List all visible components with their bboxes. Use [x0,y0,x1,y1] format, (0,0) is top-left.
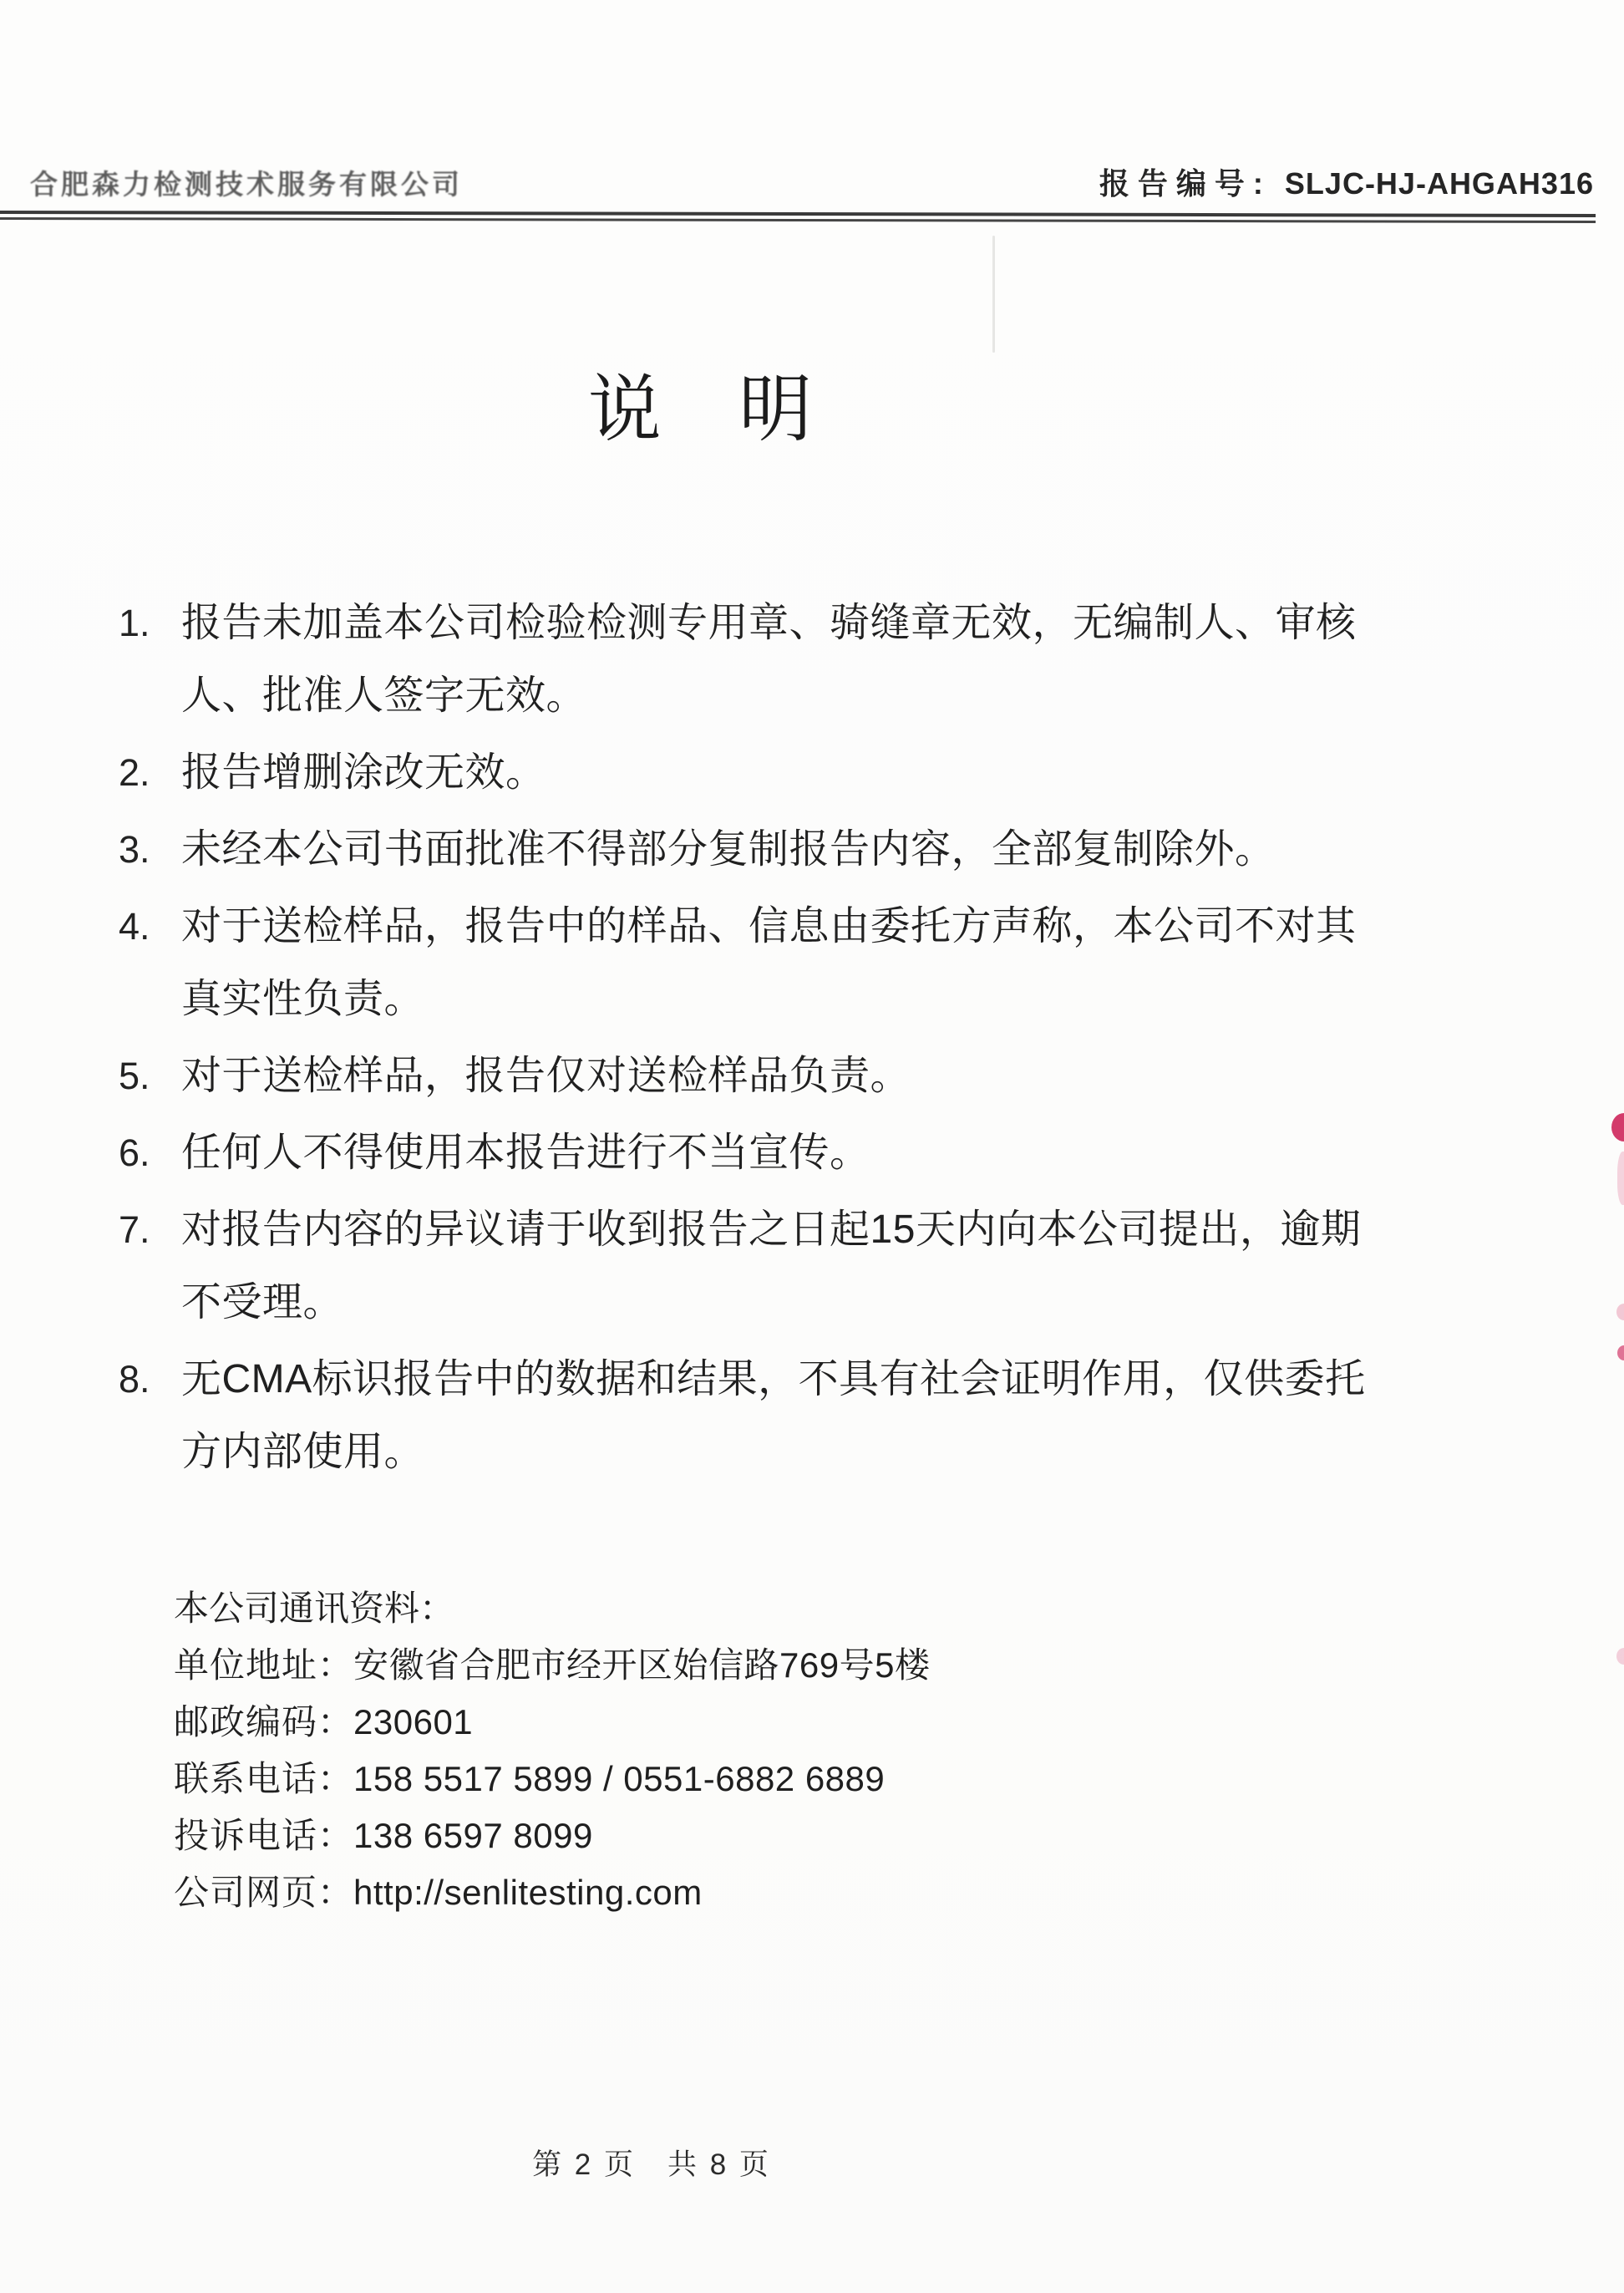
contact-label: 投诉电话： [174,1816,353,1855]
contact-row-phone: 联系电话：158 5517 5899 / 0551-6882 6889 [174,1751,930,1807]
note-number: 4. [119,890,181,963]
note-item-5: 5. 对于送检样品，报告仅对送检样品负责。 [119,1040,1380,1112]
note-number: 2. [119,736,181,809]
seal-stain-fragment [1616,1304,1624,1320]
note-text: 报告未加盖本公司检验检测专用章、骑缝章无效，无编制人、审核人、批准人签字无效。 [181,587,1368,732]
report-number: 报告编号: SLJC-HJ-AHGAH316 [1099,160,1594,203]
note-item-2: 2. 报告增删涂改无效。 [119,736,1380,809]
contact-label: 公司网页： [174,1873,353,1912]
note-item-8: 8. 无CMA标识报告中的数据和结果，不具有社会证明作用，仅供委托方内部使用。 [119,1343,1380,1488]
note-number: 8. [119,1343,181,1416]
seal-stain-fragment [1617,1152,1624,1205]
title-char-1: 说 [588,368,662,450]
note-text: 未经本公司书面批准不得部分复制报告内容，全部复制除外。 [181,813,1368,886]
note-number: 6. [119,1116,181,1189]
note-text: 对于送检样品，报告仅对送检样品负责。 [181,1040,1368,1112]
note-item-4: 4. 对于送检样品，报告中的样品、信息由委托方声称，本公司不对其真实性负责。 [119,890,1380,1035]
contact-website-url: http://senlitesting.com [353,1873,703,1912]
page-title: 说 明 [0,373,1400,446]
note-item-6: 6. 任何人不得使用本报告进行不当宣传。 [119,1116,1380,1189]
report-number-value: SLJC-HJ-AHGAH316 [1285,166,1594,201]
note-number: 1. [119,587,181,659]
contact-row-postcode: 邮政编码：230601 [174,1694,930,1751]
seal-stain-fragment [1616,1648,1624,1665]
contact-heading: 本公司通讯资料： [174,1580,930,1637]
contact-label: 联系电话： [174,1759,353,1798]
contact-block: 本公司通讯资料： 单位地址：安徽省合肥市经开区始信路769号5楼 邮政编码：23… [174,1580,930,1921]
note-item-3: 3. 未经本公司书面批准不得部分复制报告内容，全部复制除外。 [119,813,1380,886]
contact-value: 138 6597 8099 [353,1816,593,1855]
page-indicator: 第 2 页 共 8 页 [532,2148,771,2181]
contact-row-complaint-phone: 投诉电话：138 6597 8099 [174,1807,930,1864]
company-name: 合肥森力检测技术服务有限公司 [30,163,463,202]
seal-stain-fragment [1617,1345,1624,1360]
title-char-2: 明 [738,368,812,450]
contact-value: 230601 [353,1702,473,1741]
contact-row-address: 单位地址：安徽省合肥市经开区始信路769号5楼 [174,1637,930,1694]
scanned-report-page: 合肥森力检测技术服务有限公司 报告编号: SLJC-HJ-AHGAH316 说 … [0,0,1624,2293]
page-header: 合肥森力检测技术服务有限公司 报告编号: SLJC-HJ-AHGAH316 [30,160,1594,203]
note-number: 7. [119,1193,181,1266]
note-text: 报告增删涂改无效。 [181,736,1368,809]
note-number: 3. [119,813,181,886]
note-text: 任何人不得使用本报告进行不当宣传。 [181,1116,1368,1189]
seal-stain-fragment [1611,1113,1624,1141]
note-text: 对报告内容的异议请于收到报告之日起15天内向本公司提出，逾期不受理。 [181,1193,1368,1339]
note-text: 对于送检样品，报告中的样品、信息由委托方声称，本公司不对其真实性负责。 [181,890,1368,1035]
contact-row-website: 公司网页：http://senlitesting.com [174,1864,930,1921]
header-divider [0,211,1596,223]
scan-crease-artifact [992,236,995,353]
report-number-label: 报告编号: [1099,166,1271,201]
contact-value: 安徽省合肥市经开区始信路769号5楼 [353,1645,930,1685]
contact-label: 单位地址： [174,1645,353,1685]
notes-list: 1. 报告未加盖本公司检验检测专用章、骑缝章无效，无编制人、审核人、批准人签字无… [119,587,1380,1492]
page-footer: 第 2 页 共 8 页 [0,2142,1303,2184]
note-text: 无CMA标识报告中的数据和结果，不具有社会证明作用，仅供委托方内部使用。 [181,1343,1368,1488]
contact-value: 158 5517 5899 / 0551-6882 6889 [353,1759,885,1798]
note-number: 5. [119,1040,181,1112]
note-item-1: 1. 报告未加盖本公司检验检测专用章、骑缝章无效，无编制人、审核人、批准人签字无… [119,587,1380,732]
contact-label: 邮政编码： [174,1702,353,1741]
note-item-7: 7. 对报告内容的异议请于收到报告之日起15天内向本公司提出，逾期不受理。 [119,1193,1380,1339]
